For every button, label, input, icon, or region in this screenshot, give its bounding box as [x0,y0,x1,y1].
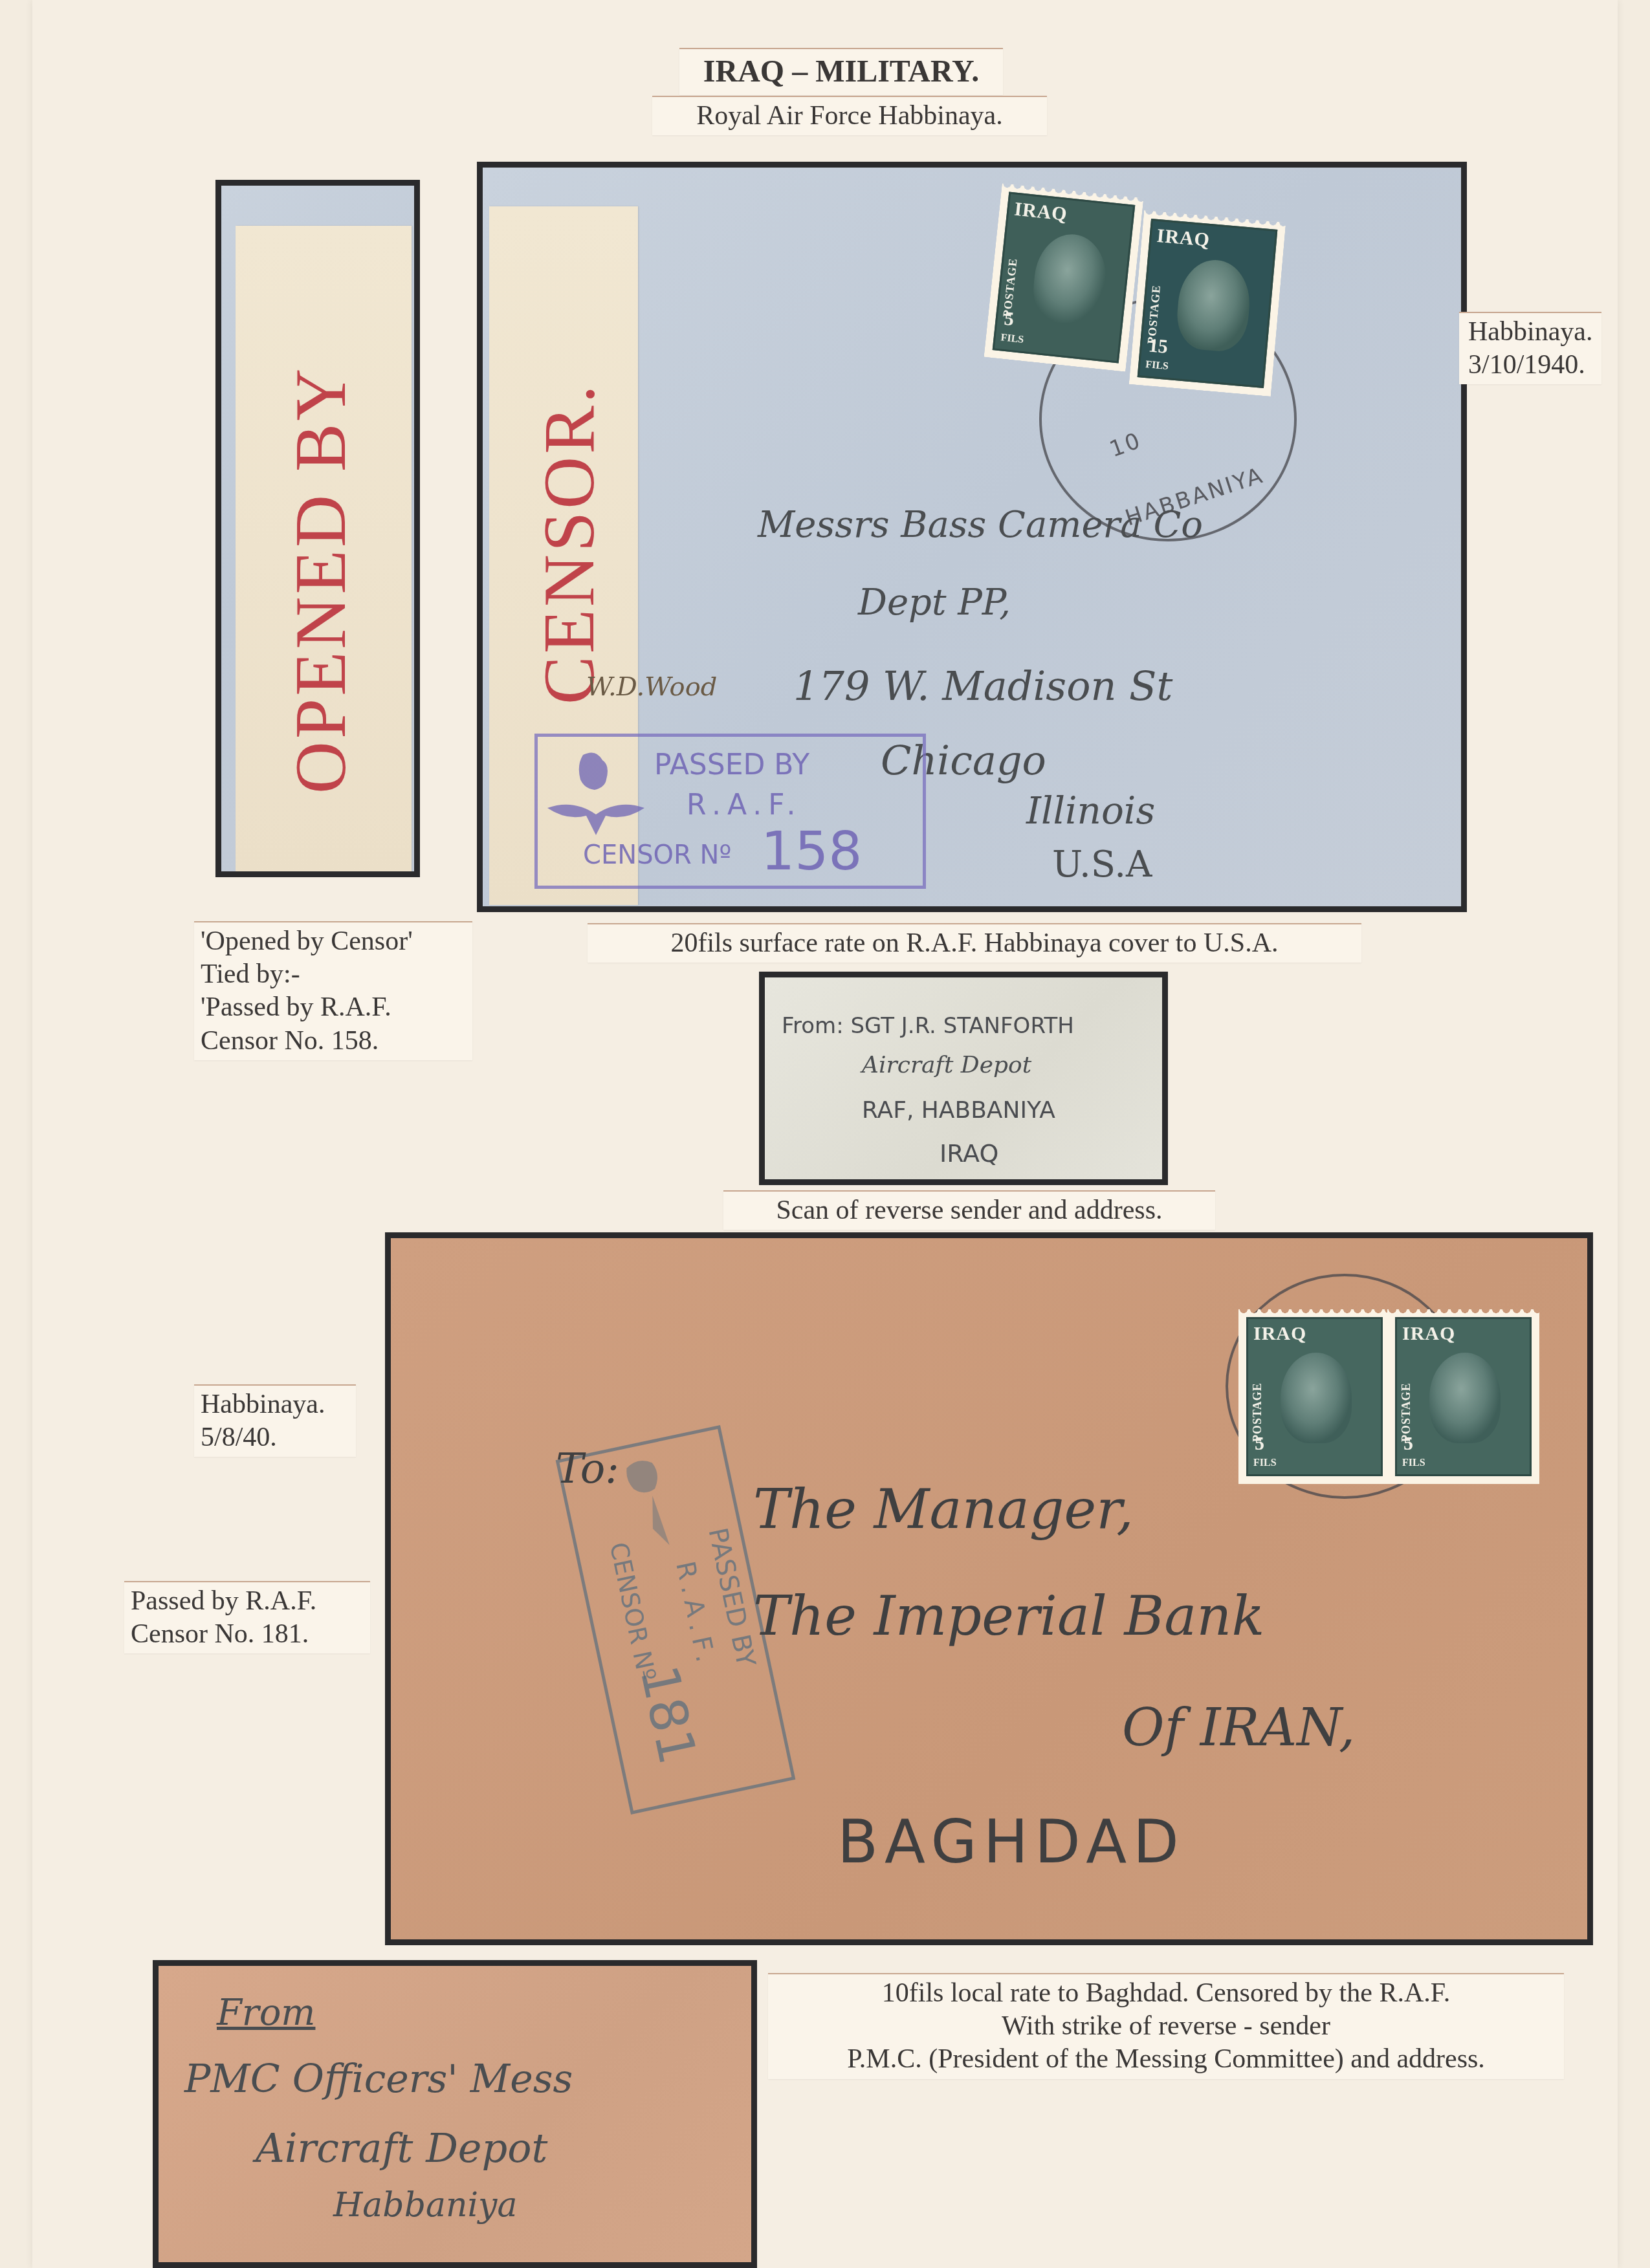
address-line: The Manager, [753,1477,1134,1541]
caption-line: P.M.C. (President of the Messing Committ… [775,2043,1557,2076]
stamp-unit: FILS [1402,1457,1425,1469]
sender-line: IRAQ [940,1139,998,1168]
caption-line: 20fils surface rate on R.A.F. Habbinaya … [594,927,1355,960]
address-line: Dept PP, [858,582,1011,624]
page-title: IRAQ – MILITARY. [679,48,1003,95]
reverse-2-mount: From PMC Officers' Mess Aircraft Depot H… [153,1960,757,2268]
king-portrait-icon [1429,1353,1501,1443]
caption-line: Scan of reverse sender and address. [730,1194,1209,1227]
subtitle-text: Royal Air Force Habbinaya. [652,100,1047,133]
censor-line: CENSOR Nº [604,1540,661,1683]
place-text: Habbinaya. [201,1388,349,1421]
stamp-country: IRAQ [1156,225,1211,252]
date-text: 5/8/40. [201,1421,349,1454]
caption-line: Passed by R.A.F. [131,1585,364,1618]
place-text: Habbinaya. [1468,316,1592,349]
cover-2-date-label: Habbinaya. 5/8/40. [194,1384,356,1457]
cover-1-caption: 20fils surface rate on R.A.F. Habbinaya … [588,923,1361,963]
caption-line: Tied by:- [201,958,466,991]
stamp-5-fils: IRAQ POSTAGE 5 FILS [1387,1309,1539,1484]
reverse-1-mount: From: SGT J.R. STANFORTH Aircraft Depot … [759,972,1168,1185]
censor-line: PASSED BY [654,748,809,781]
cover-2-envelope: 5 HABBANIYA IRAQ POSTAGE 5 FILS IRAQ POS… [391,1238,1587,1939]
censor-strip: OPENED BY [221,186,414,871]
censor-line: CENSOR Nº [583,840,731,870]
king-portrait-icon [1030,231,1110,329]
date-text: 3/10/1940. [1468,349,1592,382]
caption-line: Censor No. 181. [131,1618,364,1651]
king-portrait-icon [1281,1353,1352,1443]
album-page: IRAQ – MILITARY. Royal Air Force Habbina… [32,0,1618,2268]
censor-number: 158 [761,821,863,882]
stamp-unit: FILS [1145,359,1169,373]
censor-line: R.A.F. [687,789,802,822]
sender-line: Aircraft Depot [862,1052,1031,1078]
censor-strip-caption: 'Opened by Censor' Tied by:- 'Passed by … [194,921,472,1060]
sender-line: RAF, HABBANIYA [862,1097,1055,1124]
page-subtitle: Royal Air Force Habbinaya. [652,96,1047,135]
cover-2-caption: 10fils local rate to Baghdad. Censored b… [768,1973,1564,2079]
stamp-15-fils: IRAQ POSTAGE 15 FILS [1129,210,1286,397]
king-portrait-icon [1174,257,1253,353]
stamp-5-fils: IRAQ POSTAGE 5 FILS [984,183,1143,372]
sender-line: Aircraft Depot [256,2124,547,2172]
address-line: Messrs Bass Camera Co [758,504,1203,546]
stamp-value: 5 [1003,308,1015,331]
stamp-value: 15 [1147,334,1169,358]
censor-signature: W.D.Wood [586,672,717,702]
censor-number: 181 [628,1661,708,1770]
stamp-country: IRAQ [1253,1323,1306,1345]
censor-handstamp-158: PASSED BY R.A.F. CENSOR Nº 158 [534,734,926,889]
cover-2-censor-label: Passed by R.A.F. Censor No. 181. [124,1581,370,1653]
censor-tape-cover-text: CENSOR. [528,382,611,704]
address-line: Illinois [1026,789,1155,833]
stamp-country: IRAQ [1013,199,1068,226]
caption-line: With strike of reverse - sender [775,2010,1557,2043]
stamp-unit: FILS [1253,1457,1277,1469]
address-line: To: [556,1445,619,1493]
stamp-value: 5 [1403,1433,1413,1455]
stamp-country: IRAQ [1402,1323,1455,1345]
reverse-2-scan: From PMC Officers' Mess Aircraft Depot H… [159,1966,751,2262]
address-line: Of IRAN, [1122,1697,1356,1758]
caption-line: 10fils local rate to Baghdad. Censored b… [775,1977,1557,2010]
censor-tape-text: OPENED BY [280,366,363,794]
cover-1-date-label: Habbinaya. 3/10/1940. [1459,312,1601,384]
title-text: IRAQ – MILITARY. [679,53,1003,91]
cover-1-mount: CENSOR. 10 HABBANIYA IRAQ POSTAGE 5 FILS… [477,162,1467,912]
caption-line: 'Passed by R.A.F. [201,991,466,1024]
cover-2-mount: 5 HABBANIYA IRAQ POSTAGE 5 FILS IRAQ POS… [385,1232,1593,1945]
reverse-1-scan: From: SGT J.R. STANFORTH Aircraft Depot … [765,977,1162,1179]
cover-1-envelope: CENSOR. 10 HABBANIYA IRAQ POSTAGE 5 FILS… [483,168,1461,906]
stamp-value: 5 [1255,1433,1264,1455]
stamp-unit: FILS [1000,332,1024,346]
postmark-date: 10 [1106,428,1145,463]
address-line: The Imperial Bank [753,1584,1264,1648]
address-line: 179 W. Madison St [793,662,1173,710]
address-line: U.S.A [1052,844,1152,886]
sender-line: From: SGT J.R. STANFORTH [782,1013,1074,1039]
address-line: BAGHDAD [837,1807,1185,1877]
censor-strip-mount: OPENED BY [215,180,420,877]
sender-line: From [217,1992,315,2034]
reverse-1-caption: Scan of reverse sender and address. [723,1190,1215,1230]
raf-crest-icon [544,750,648,840]
sender-line: Habbaniya [333,2186,517,2225]
caption-line: Censor No. 158. [201,1025,466,1058]
sender-line: PMC Officers' Mess [184,2056,573,2102]
caption-line: 'Opened by Censor' [201,925,466,958]
stamp-5-fils: IRAQ POSTAGE 5 FILS [1238,1309,1391,1484]
